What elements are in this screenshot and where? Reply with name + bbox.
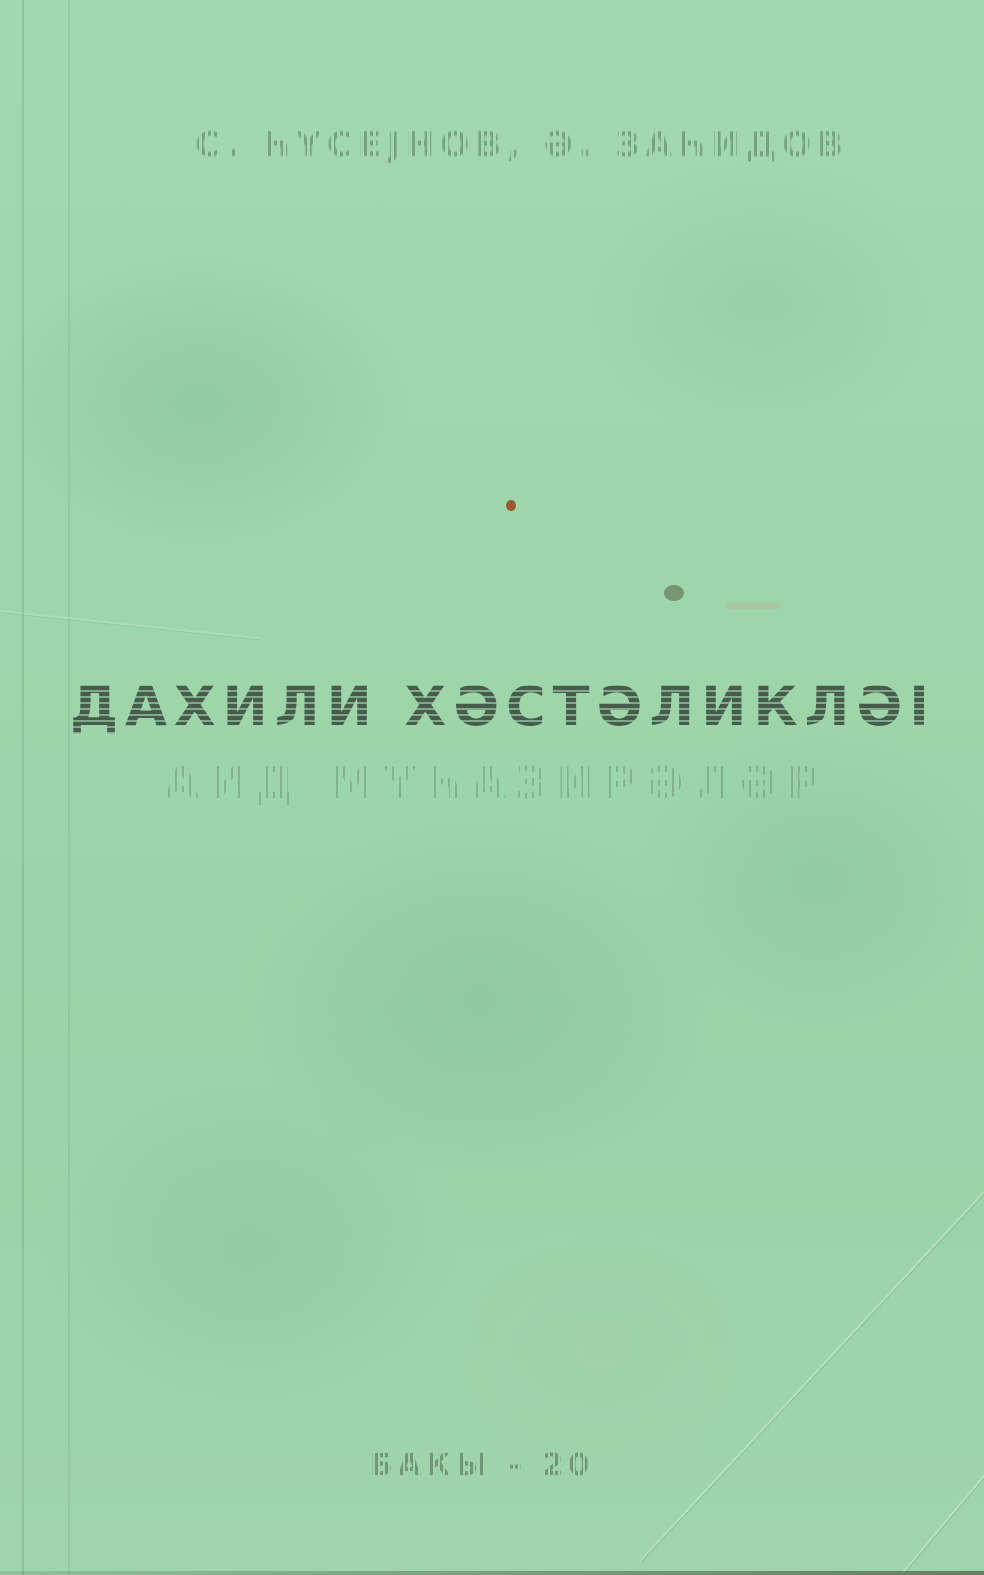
stain-spot bbox=[664, 585, 684, 601]
publisher-imprint: БАКЫ – 20 bbox=[0, 1448, 984, 1483]
spine-fold-line bbox=[22, 0, 24, 1575]
stain-mark bbox=[725, 603, 781, 609]
stain-spot bbox=[506, 500, 516, 511]
book-cover: С. ҺҮСЕЈНОВ, Ә. ЗАҺИДОВ ДАХИЛИ ХӘСТӘЛИКЛ… bbox=[0, 0, 984, 1575]
authors-line: С. ҺҮСЕЈНОВ, Ә. ЗАҺИДОВ bbox=[130, 125, 914, 165]
book-title: ДАХИЛИ ХӘСТӘЛИКЛӘРӘ bbox=[70, 675, 924, 738]
paper-crease bbox=[639, 1180, 984, 1562]
cover-bottom-edge bbox=[0, 1571, 984, 1575]
paper-crease bbox=[0, 610, 259, 639]
book-subtitle: АИД МҮҺАЗИРӘЛӘР bbox=[70, 758, 924, 809]
